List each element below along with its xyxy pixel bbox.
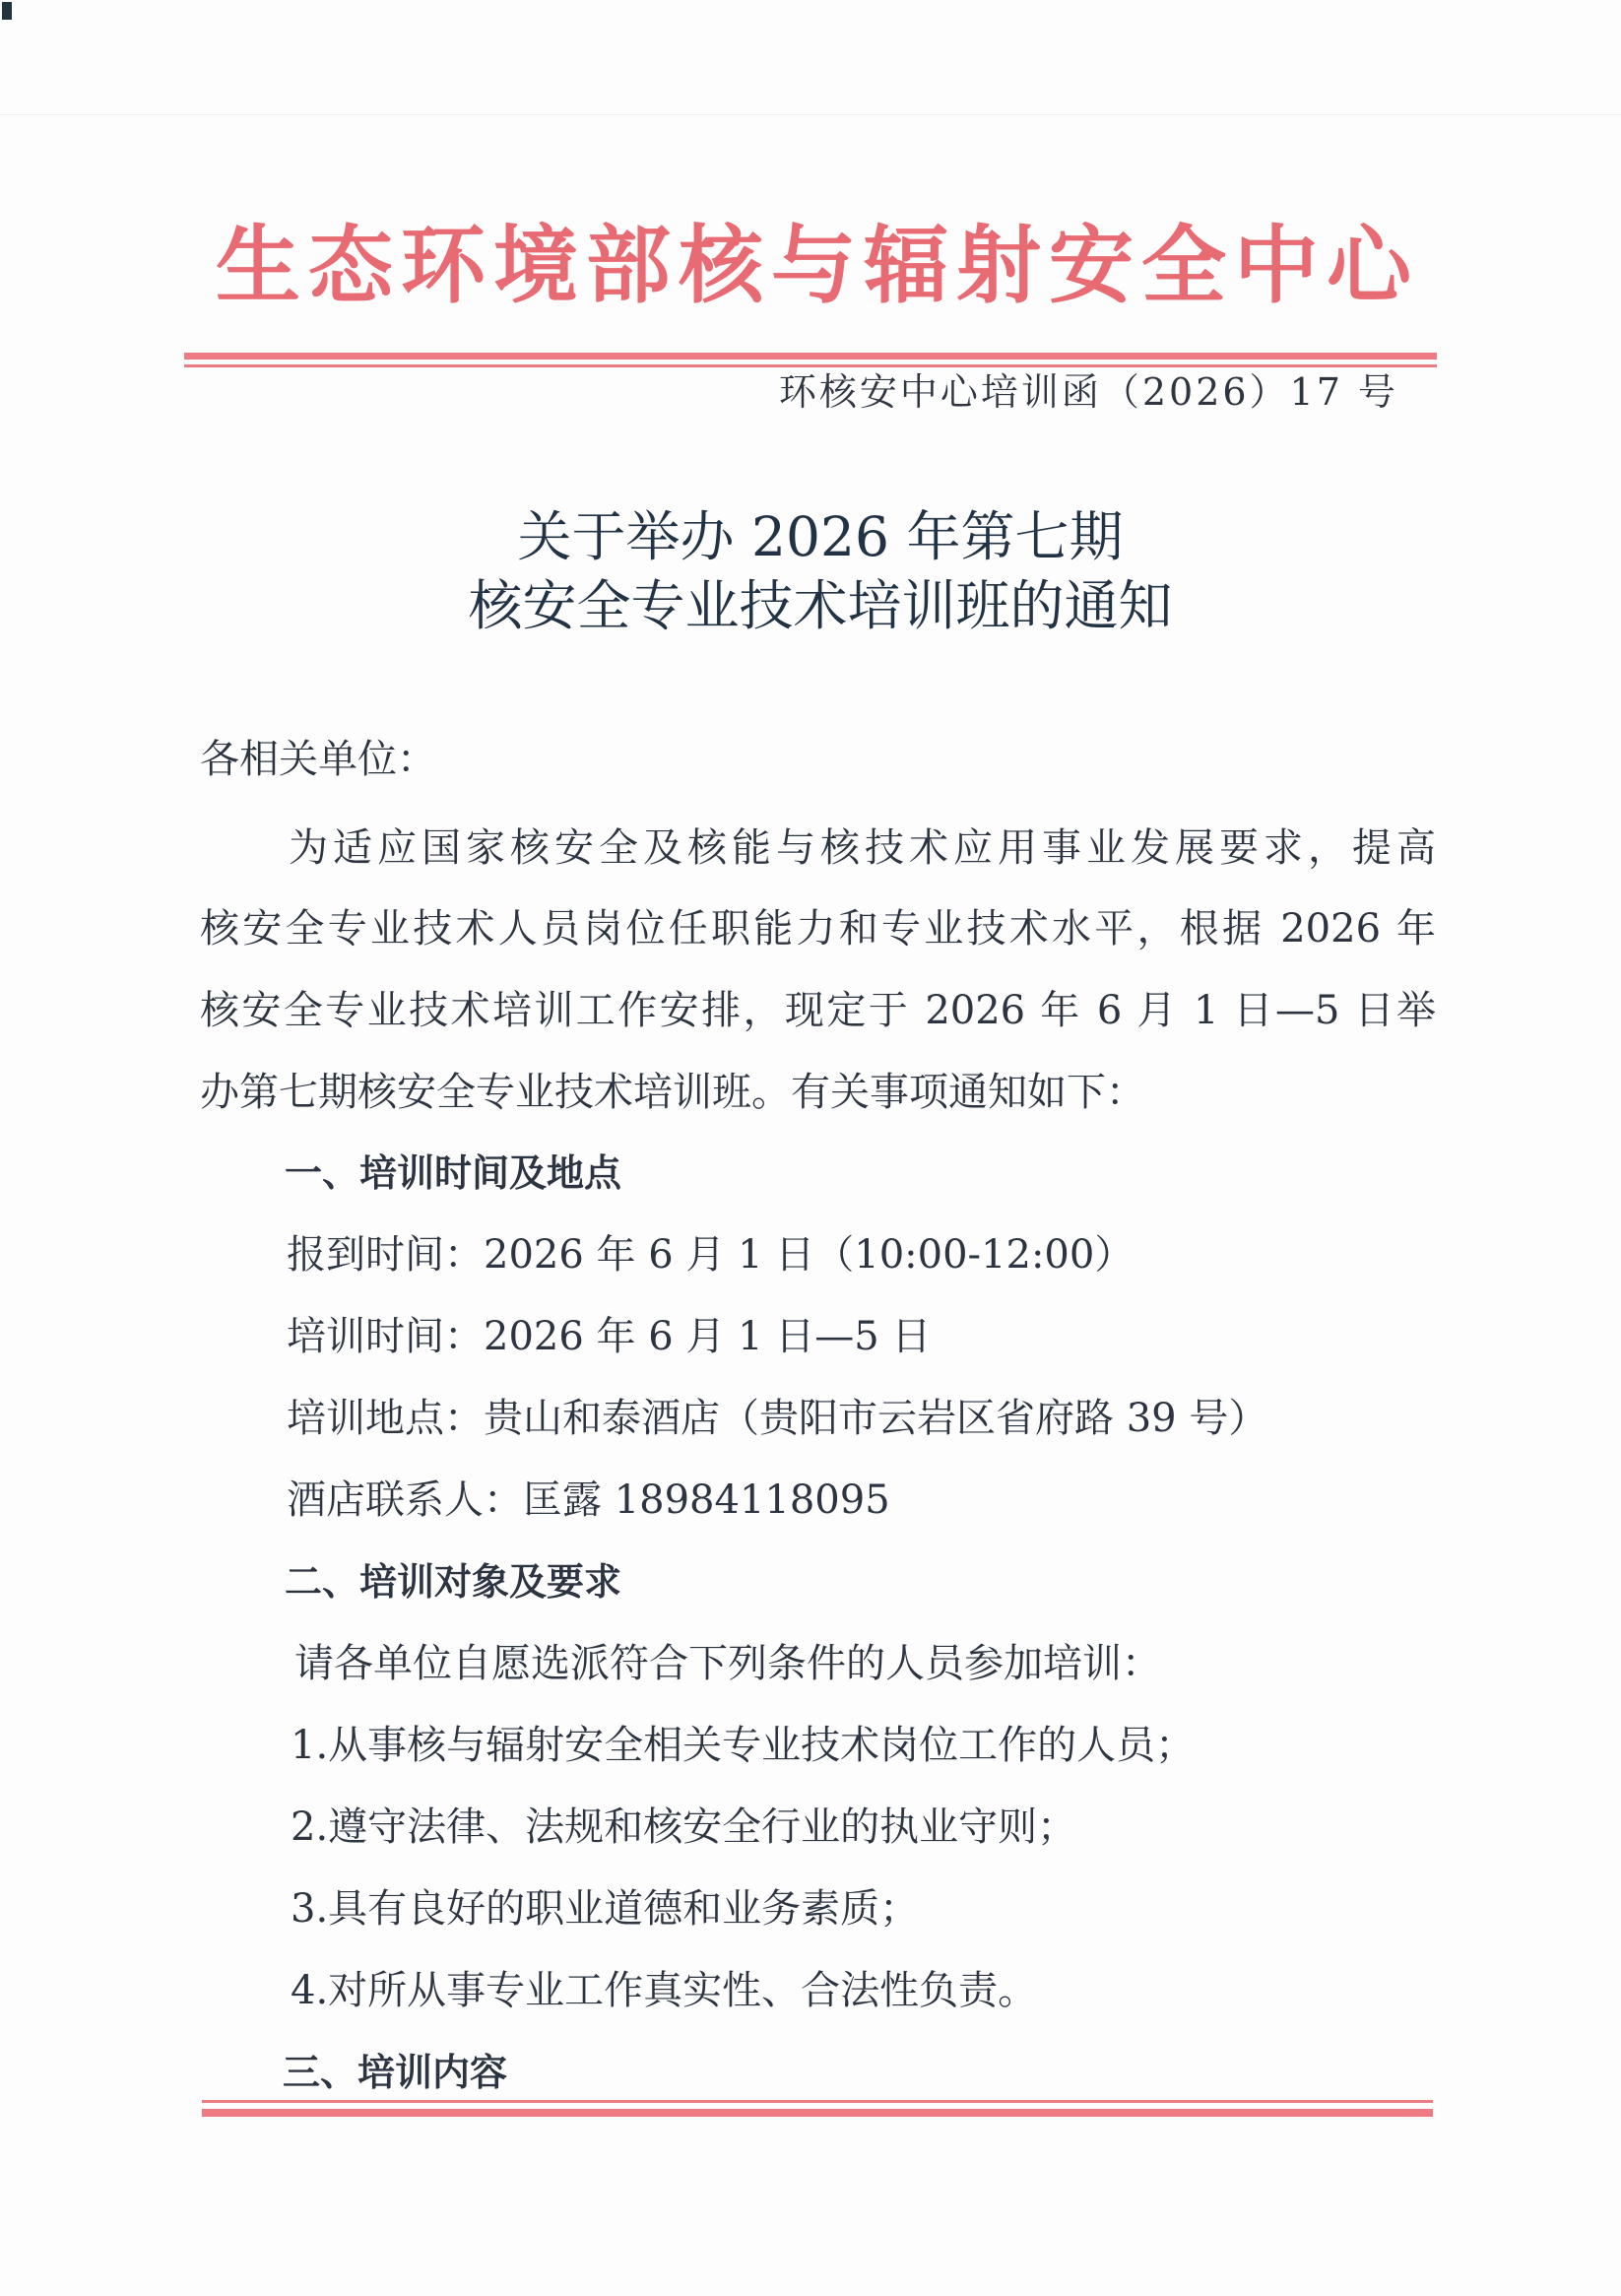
notice-title-line-2: 核安全专业技术培训班的通知 xyxy=(295,571,1345,640)
intro-line-3: 核安全专业技术培训工作安排，现定于 2026 年 6 月 1 日—5 日举 xyxy=(200,985,1436,1036)
section-2-item: 请各单位自愿选派符合下列条件的人员参加培训： xyxy=(294,1638,1161,1689)
intro-line-4: 办第七期核安全专业技术培训班。有关事项通知如下： xyxy=(200,1067,1145,1118)
section-heading-3: 三、培训内容 xyxy=(283,2047,507,2098)
scan-corner-mark xyxy=(2,2,12,20)
footer-rule-thick xyxy=(202,2109,1433,2117)
notice-title-line-1: 关于举办 2026 年第七期 xyxy=(295,502,1345,571)
letterhead-rule-thick xyxy=(184,353,1437,360)
document-number: 环核安中心培训函（2026）17 号 xyxy=(689,366,1398,418)
section-1-item: 培训地点：贵山和泰酒店（贵阳市云岩区省府路 39 号） xyxy=(287,1393,1267,1444)
section-1-item: 培训时间：2026 年 6 月 1 日—5 日 xyxy=(287,1311,931,1362)
section-2-item: 4.对所从事专业工作真实性、合法性负责。 xyxy=(291,1965,1037,2016)
section-heading-2: 二、培训对象及要求 xyxy=(285,1556,621,1607)
section-2-item: 3.具有良好的职业道德和业务素质； xyxy=(291,1883,919,1935)
section-1-item: 报到时间：2026 年 6 月 1 日（10:00-12:00） xyxy=(287,1229,1134,1280)
notice-title: 关于举办 2026 年第七期 核安全专业技术培训班的通知 xyxy=(295,502,1345,640)
organization-letterhead: 生态环境部核与辐射安全中心 xyxy=(187,212,1448,320)
section-heading-1: 一、培训时间及地点 xyxy=(285,1148,621,1199)
footer-rule-thin xyxy=(202,2100,1433,2103)
intro-line-1: 为适应国家核安全及核能与核技术应用事业发展要求，提高 xyxy=(200,822,1436,874)
section-2-item: 2.遵守法律、法规和核安全行业的执业守则； xyxy=(291,1802,1076,1853)
intro-line-2: 核安全专业技术人员岗位任职能力和专业技术水平，根据 2026 年 xyxy=(200,903,1436,954)
section-2-item: 1.从事核与辐射安全相关专业技术岗位工作的人员； xyxy=(291,1720,1195,1771)
section-1-item: 酒店联系人：匡露 18984118095 xyxy=(287,1475,890,1526)
salutation: 各相关单位： xyxy=(200,734,436,785)
scan-artifact-line xyxy=(0,114,1621,115)
